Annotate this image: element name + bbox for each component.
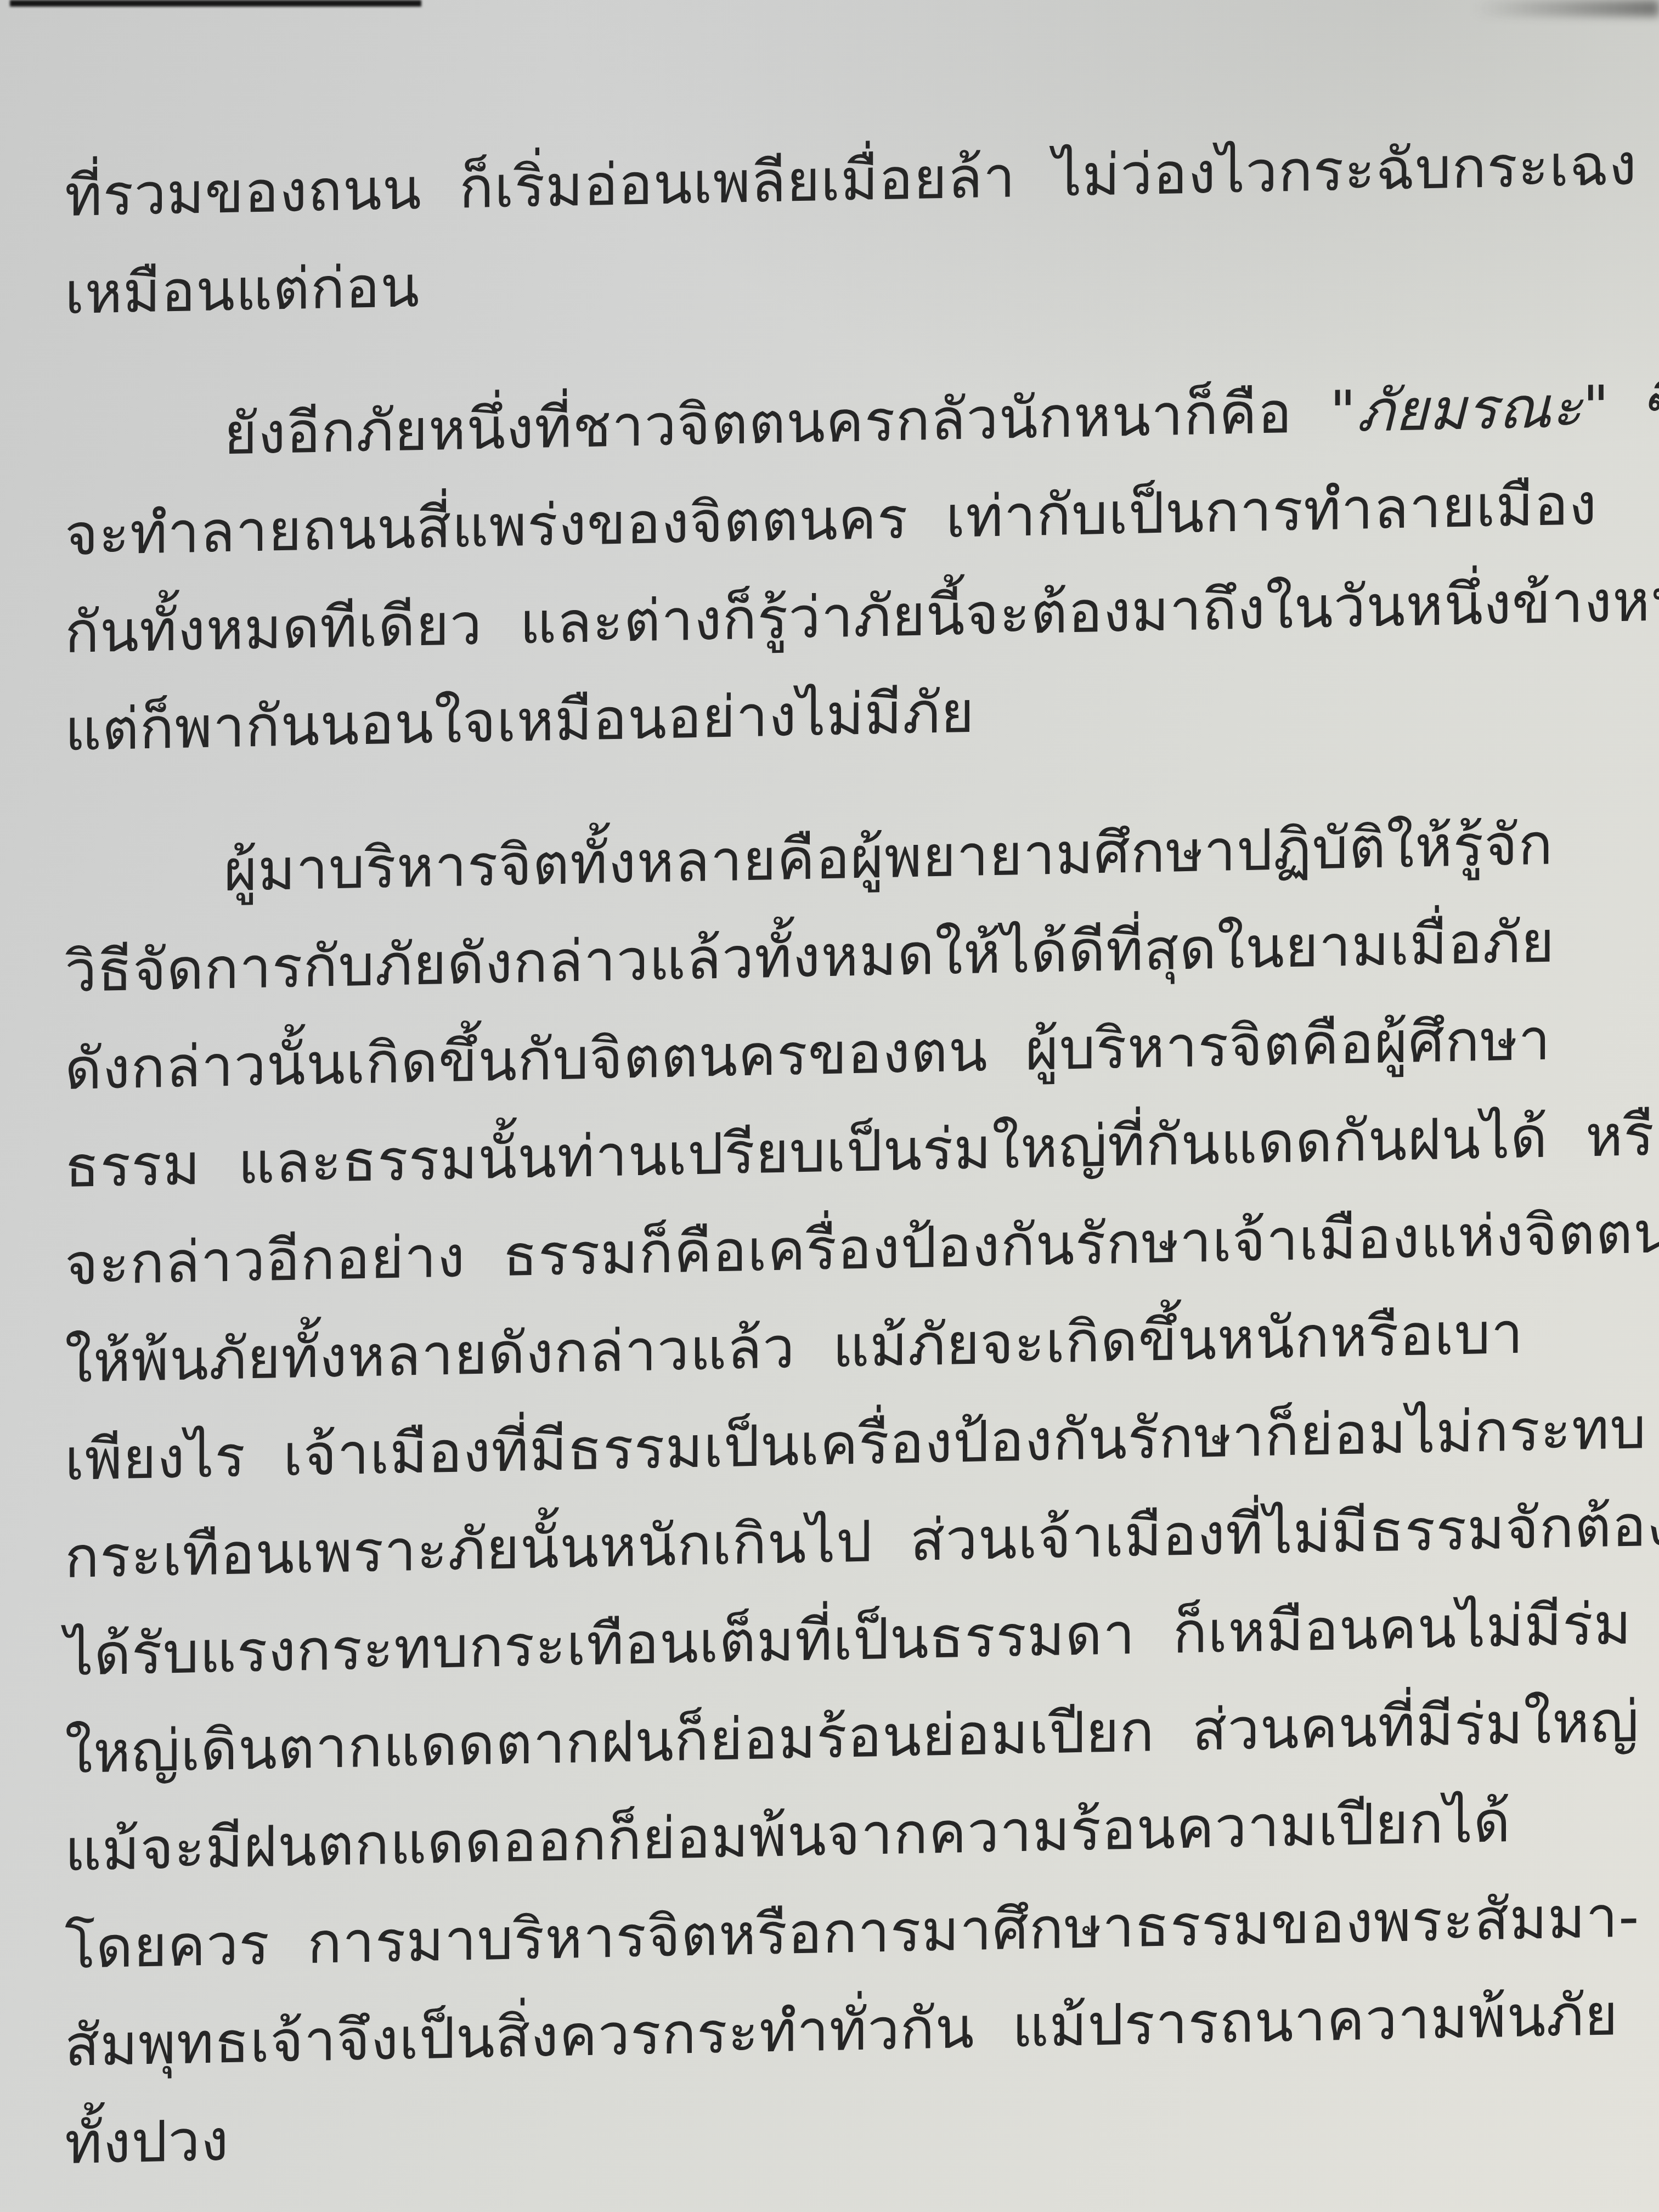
photo-edge-shadow-left <box>10 0 421 7</box>
quoted-term-italic: ภัยมรณะ <box>1357 373 1583 444</box>
photo-edge-shadow-right <box>1472 0 1659 16</box>
text-segment: " ซึ่ง <box>1583 371 1659 441</box>
book-page-photo: ที่รวมของถนน ก็เริ่มอ่อนเพลียเมื่อยล้า ไ… <box>0 0 1659 2212</box>
paragraph-2: ยังอีกภัยหนึ่งที่ชาวจิตตนครกลัวนักหนาก็ค… <box>65 357 1645 779</box>
paragraph-3: ผู้มาบริหารจิตทั้งหลายคือผู้พยายามศึกษาป… <box>65 793 1645 2192</box>
page-text: ที่รวมของถนน ก็เริ่มอ่อนเพลียเมื่อยล้า ไ… <box>65 115 1645 2192</box>
paragraph-1: ที่รวมของถนน ก็เริ่มอ่อนเพลียเมื่อยล้า ไ… <box>65 115 1645 342</box>
text-segment: ยังอีกภัยหนึ่งที่ชาวจิตตนครกลัวนักหนาก็ค… <box>224 378 1357 467</box>
